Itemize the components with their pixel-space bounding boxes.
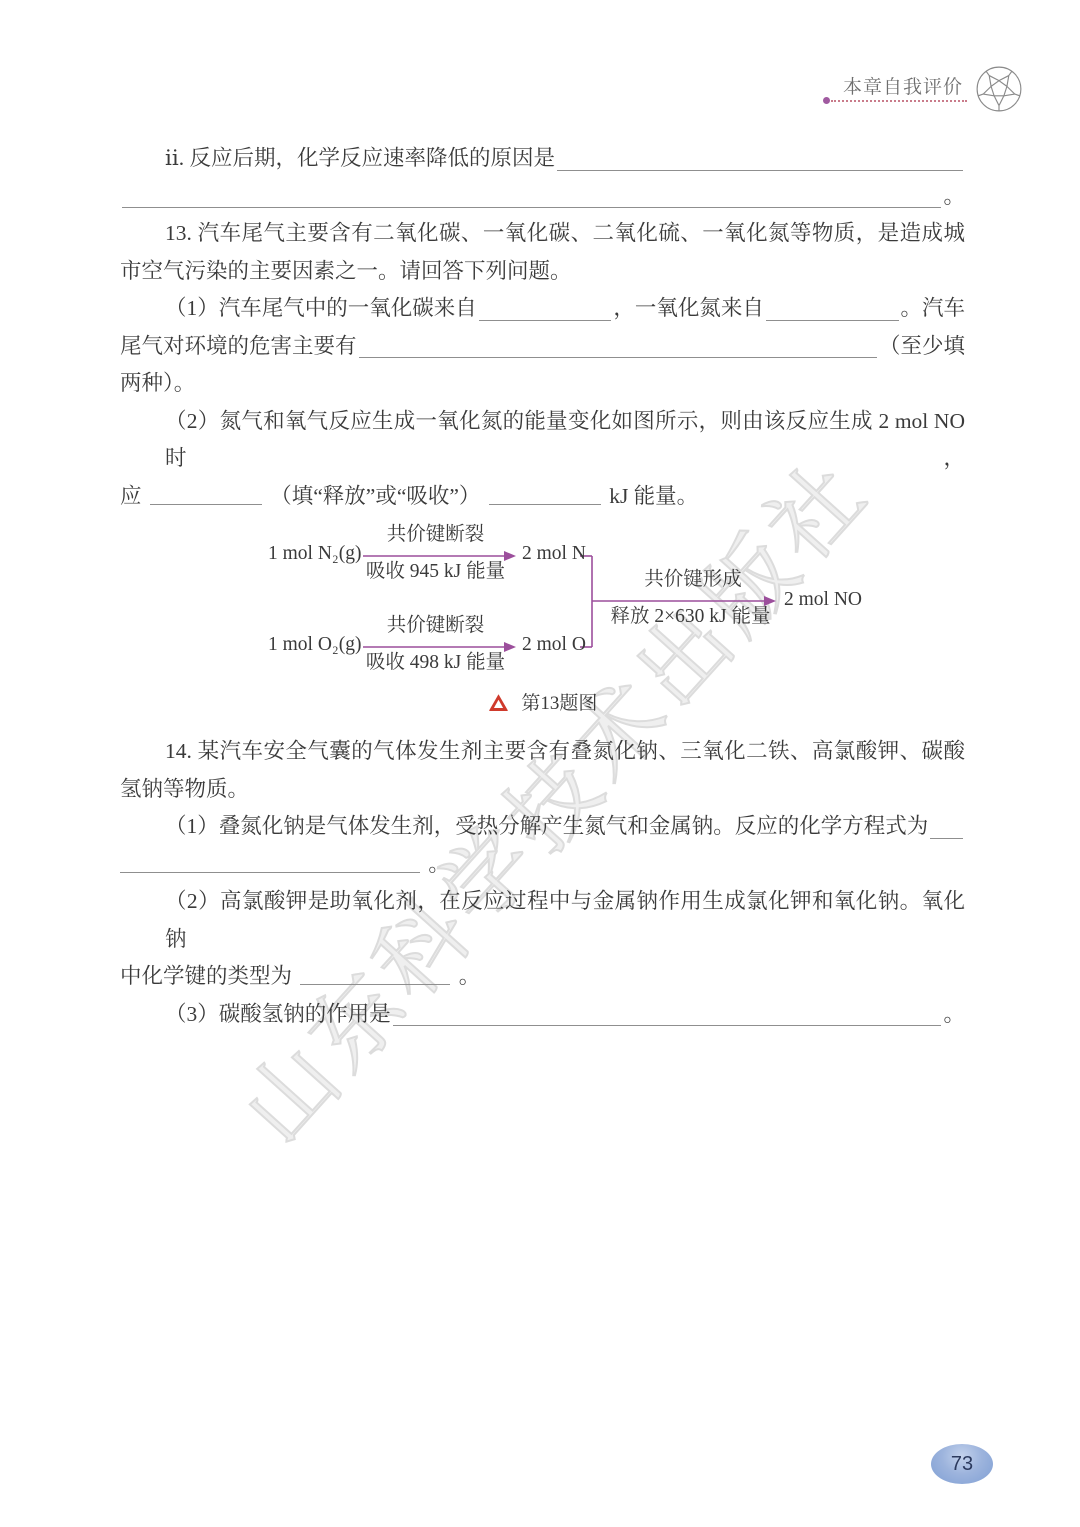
period: 。 xyxy=(943,178,965,216)
diagram-n2-arrow-label-top: 共价键断裂 xyxy=(363,524,508,546)
q14-intro1-text: 14. 某汽车安全气囊的气体发生剂主要含有叠氮化钠、三氧化二铁、高氯酸钾、碳酸 xyxy=(165,739,965,763)
q13-p2-line1-text: （2）氮气和氧气反应生成一氧化氮的能量变化如图所示，则由该反应生成 2 mol … xyxy=(165,409,965,471)
q13-p1-seg4: 尾气对环境的危害主要有 xyxy=(120,328,357,366)
q14-part2-line1: （2）高氯酸钾是助氧化剂，在反应过程中与金属钠作用生成氯化钾和氧化钠。氧化钠 xyxy=(120,883,965,958)
answer-blank xyxy=(150,502,262,505)
diagram-no-arrow-label-top: 共价键形成 xyxy=(608,569,778,591)
q13-part1-line1: （1）汽车尾气中的一氧化碳来自 ，一氧化氮来自 。汽车 xyxy=(120,290,965,328)
q13-intro2-text: 市空气污染的主要因素之一。请回答下列问题。 xyxy=(120,259,572,283)
q14-p2-line1-text: （2）高氯酸钾是助氧化剂，在反应过程中与金属钠作用生成氯化钾和氧化钠。氧化钠 xyxy=(165,889,965,951)
spacer xyxy=(120,719,965,733)
answer-blank xyxy=(393,1025,942,1026)
period: 。 xyxy=(428,852,450,876)
q13-p1-seg1: （1）汽车尾气中的一氧化碳来自 xyxy=(165,290,477,328)
q14-intro-line1: 14. 某汽车安全气囊的气体发生剂主要含有叠氮化钠、三氧化二铁、高氯酸钾、碳酸 xyxy=(120,733,965,771)
page-content: ⅱ. 反应后期，化学反应速率降低的原因是 。 13. 汽车尾气主要含有二氧化碳、… xyxy=(120,140,965,1033)
diagram-o2-product: 2 mol O xyxy=(522,634,586,656)
answer-blank xyxy=(557,170,963,171)
diagram-no-product: 2 mol NO xyxy=(784,589,862,611)
q13-p2-seg1: 应 xyxy=(120,484,142,508)
diagram-o2-arrow-label-bottom: 吸收 498 kJ 能量 xyxy=(353,652,518,674)
q13-part1-line2: 尾气对环境的危害主要有 （至少填 xyxy=(120,328,965,366)
q13-part2-line1: （2）氮气和氧气反应生成一氧化氮的能量变化如图所示，则由该反应生成 2 mol … xyxy=(120,403,965,478)
page-number: 73 xyxy=(951,1453,973,1476)
page-number-badge: 73 xyxy=(931,1444,993,1484)
q13-intro-line1: 13. 汽车尾气主要含有二氧化碳、一氧化碳、二氧化硫、一氧化氮等物质，是造成城 xyxy=(120,215,965,253)
answer-blank xyxy=(359,357,877,358)
header-dotted-rule xyxy=(831,100,967,102)
q14-p3-seg1: （3）碳酸氢钠的作用是 xyxy=(165,996,391,1034)
question-ii-text: ⅱ. 反应后期，化学反应速率降低的原因是 xyxy=(165,140,555,178)
q13-p1-seg3: 。汽车 xyxy=(901,290,966,328)
q13-part1-line3: 两种）。 xyxy=(120,365,965,403)
question-ii-line: ⅱ. 反应后期，化学反应速率降低的原因是 xyxy=(120,140,965,178)
q13-p1-seg6: 两种）。 xyxy=(120,371,195,395)
textbook-page: 本章自我评价 山东科学技术出版社 ⅱ. 反应后期，化学反应速率降低的原因是 xyxy=(0,0,1080,1527)
q14-part3-line1: （3）碳酸氢钠的作用是 。 xyxy=(120,996,965,1034)
q13-p1-seg5: （至少填 xyxy=(879,328,965,366)
answer-blank xyxy=(120,870,420,873)
answer-blank xyxy=(489,502,601,505)
diagram-caption-text: 第13题图 xyxy=(521,693,597,714)
diagram-caption-row: 第13题图 xyxy=(120,692,965,719)
q14-part2-line2: 中化学键的类型为 。 xyxy=(120,958,965,996)
q14-p2-seg1: 中化学键的类型为 xyxy=(120,964,292,988)
chapter-header-title: 本章自我评价 xyxy=(843,72,965,99)
q13-p2-seg2: （填“释放”或“吸收”） xyxy=(270,484,480,508)
diagram-n2-product: 2 mol N xyxy=(522,543,586,565)
period: 。 xyxy=(943,996,965,1034)
q14-intro2-text: 氢钠等物质。 xyxy=(120,777,249,801)
q13-p1-seg2: ，一氧化氮来自 xyxy=(613,290,764,328)
q13-p2-seg3: kJ 能量。 xyxy=(609,484,698,508)
q13-part2-line2: 应 （填“释放”或“吸收”） kJ 能量。 xyxy=(120,478,965,516)
q14-part1-line2: 。 xyxy=(120,846,965,884)
q14-part1-line1: （1）叠氮化钠是气体发生剂，受热分解产生氮气和金属钠。反应的化学方程式为 xyxy=(120,808,965,846)
q13-intro1-text: 13. 汽车尾气主要含有二氧化碳、一氧化碳、二氧化硫、一氧化氮等物质，是造成城 xyxy=(165,221,965,245)
q13-intro-line2: 市空气污染的主要因素之一。请回答下列问题。 xyxy=(120,253,965,291)
triangle-marker-icon xyxy=(488,693,509,719)
period: 。 xyxy=(459,964,481,988)
diagram-n2-arrow-label-bottom: 吸收 945 kJ 能量 xyxy=(353,561,518,583)
answer-blank xyxy=(300,982,450,985)
q14-p1-seg1: （1）叠氮化钠是气体发生剂，受热分解产生氮气和金属钠。反应的化学方程式为 xyxy=(165,808,928,846)
answer-blank xyxy=(479,320,612,321)
answer-blank xyxy=(122,207,941,208)
q14-intro-line2: 氢钠等物质。 xyxy=(120,771,965,809)
fullerene-molecule-icon xyxy=(974,64,1024,114)
diagram-no-arrow-label-bottom: 释放 2×630 kJ 能量 xyxy=(593,606,788,628)
diagram-o2-arrow-label-top: 共价键断裂 xyxy=(363,615,508,637)
energy-change-diagram: 1 mol N₂(g) 共价键断裂 吸收 945 kJ 能量 2 mol N 1… xyxy=(268,523,948,688)
answer-blank xyxy=(766,320,899,321)
answer-blank xyxy=(930,838,963,839)
diagram-o2-reactant: 1 mol O₂(g) xyxy=(268,634,361,656)
question-ii-line2: 。 xyxy=(120,178,965,216)
diagram-n2-reactant: 1 mol N₂(g) xyxy=(268,543,361,565)
